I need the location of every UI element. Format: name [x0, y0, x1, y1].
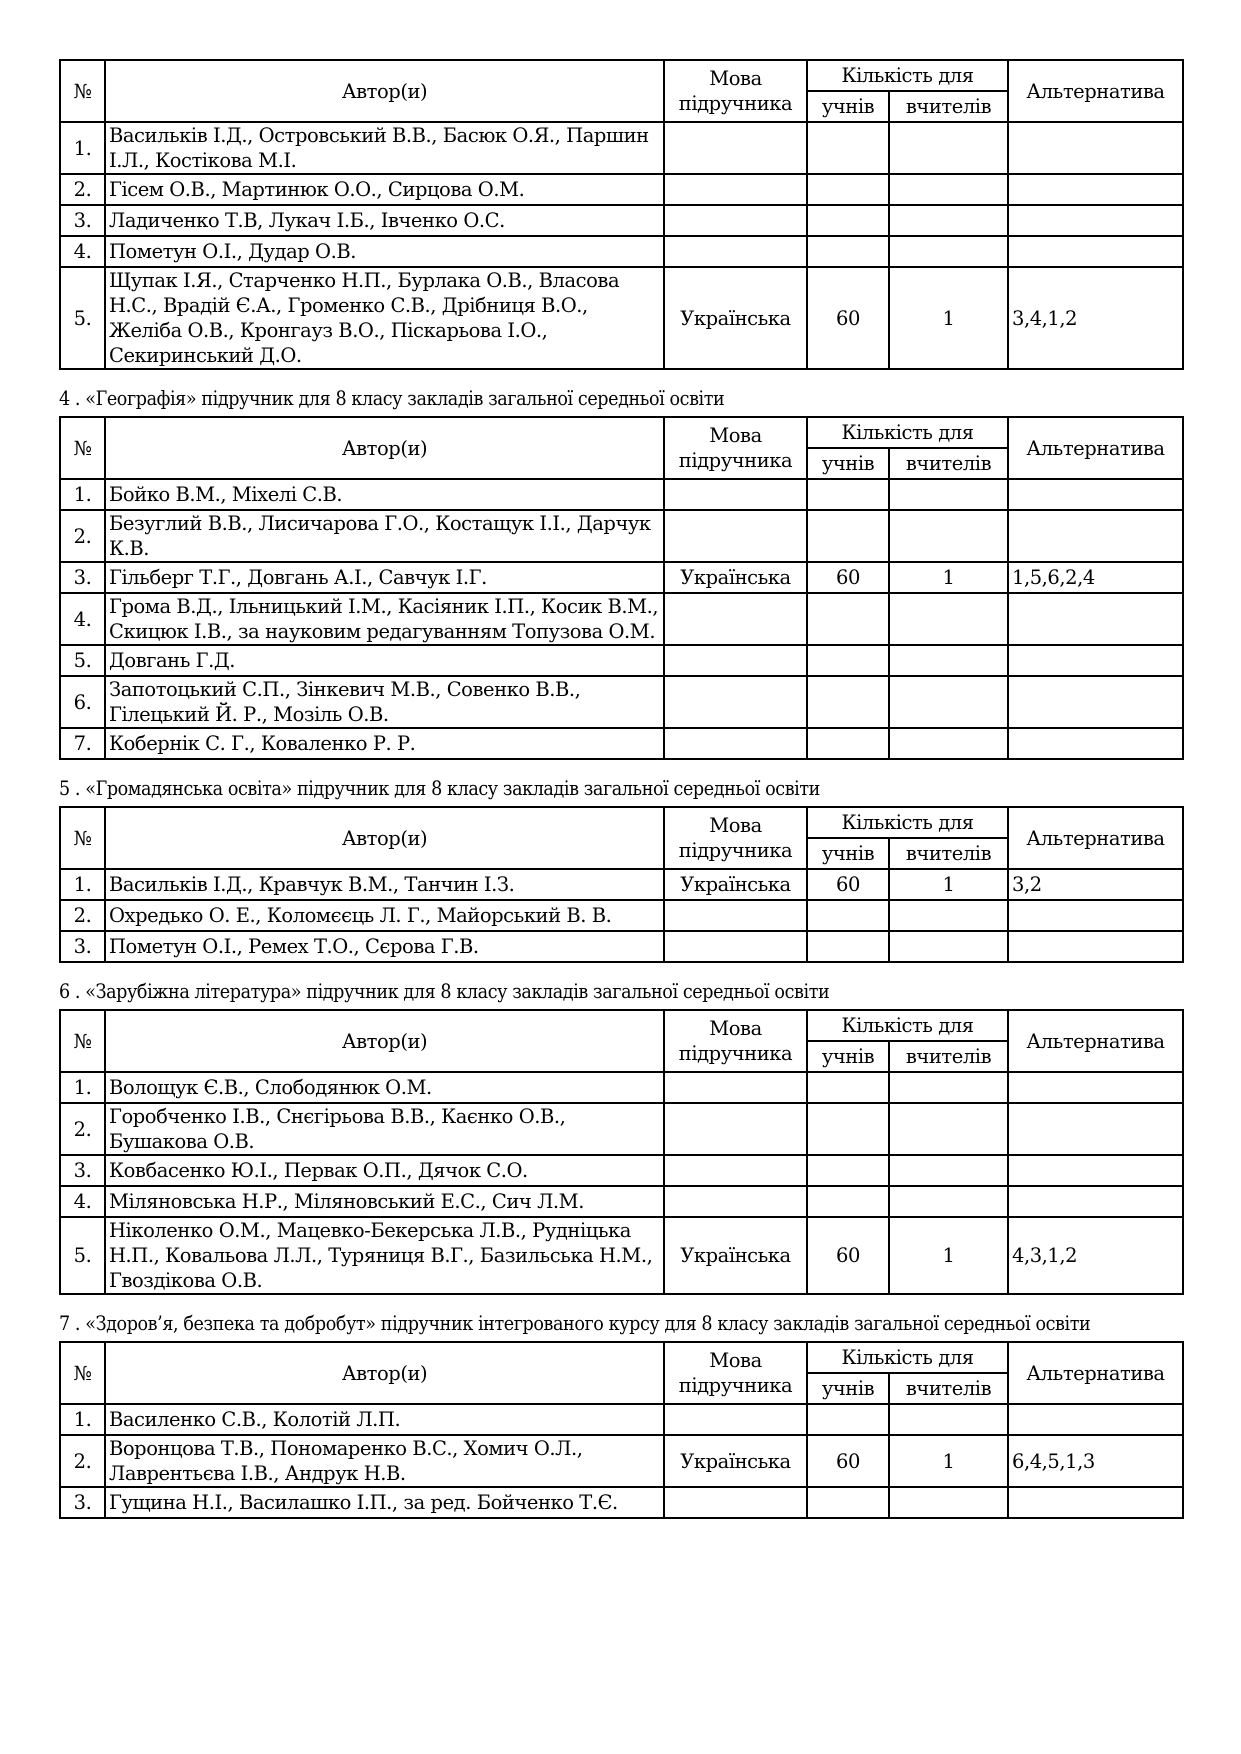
row-teachers-count [889, 174, 1008, 205]
header-language: Мовапідручника [664, 1010, 807, 1072]
row-number: 1. [60, 1404, 105, 1435]
section-title: 6 . «Зарубіжна література» підручник для… [59, 979, 1182, 1005]
row-teachers-count [889, 593, 1008, 645]
row-students-count: 60 [807, 562, 889, 593]
row-students-count [807, 645, 889, 676]
row-language [664, 593, 807, 645]
row-teachers-count [889, 205, 1008, 236]
row-alternative: 6,4,5,1,3 [1008, 1435, 1183, 1487]
row-language [664, 236, 807, 267]
row-authors: Щупак І.Я., Старченко Н.П., Бурлака О.В.… [105, 267, 664, 369]
textbook-section: 4 . «Географія» підручник для 8 класу за… [59, 386, 1182, 760]
table-row: 6. Запотоцький С.П., Зінкевич М.В., Сове… [60, 676, 1183, 728]
row-language: Українська [664, 267, 807, 369]
table-row: 2. Воронцова Т.В., Пономаренко В.С., Хом… [60, 1435, 1183, 1487]
row-alternative [1008, 900, 1183, 931]
row-students-count [807, 1186, 889, 1217]
row-students-count [807, 236, 889, 267]
header-language: Мовапідручника [664, 1342, 807, 1404]
textbook-table: № Автор(и) Мовапідручника Кількість для … [59, 416, 1184, 760]
header-num: № [60, 60, 105, 122]
row-students-count [807, 510, 889, 562]
row-students-count [807, 1103, 889, 1155]
row-teachers-count [889, 1155, 1008, 1186]
row-language [664, 174, 807, 205]
row-teachers-count [889, 1186, 1008, 1217]
row-students-count: 60 [807, 267, 889, 369]
row-alternative [1008, 174, 1183, 205]
table-row: 5. Довгань Г.Д. [60, 645, 1183, 676]
row-alternative [1008, 931, 1183, 962]
header-students: учнів [807, 838, 889, 869]
table-row: 3. Ладиченко Т.В, Лукач І.Б., Івченко О.… [60, 205, 1183, 236]
row-authors: Безуглий В.В., Лисичарова Г.О., Костащук… [105, 510, 664, 562]
row-alternative: 3,2 [1008, 869, 1183, 900]
row-students-count: 60 [807, 869, 889, 900]
header-authors: Автор(и) [105, 807, 664, 869]
row-number: 4. [60, 1186, 105, 1217]
row-language: Українська [664, 562, 807, 593]
header-language-line1: Мова [709, 67, 762, 90]
section-title: 5 . «Громадянська освіта» підручник для … [59, 776, 1182, 802]
header-num: № [60, 807, 105, 869]
row-number: 7. [60, 728, 105, 759]
header-language-line1: Мова [709, 1349, 762, 1372]
header-num: № [60, 1010, 105, 1072]
row-authors: Ніколенко О.М., Мацевко-Бекерська Л.В., … [105, 1217, 664, 1294]
row-number: 1. [60, 1072, 105, 1103]
table-row: 3. Гущина Н.І., Василашко І.П., за ред. … [60, 1487, 1183, 1518]
table-row: 7. Кобернік С. Г., Коваленко Р. Р. [60, 728, 1183, 759]
row-alternative [1008, 122, 1183, 174]
row-language [664, 1072, 807, 1103]
table-row: 3. Пометун О.І., Ремех Т.О., Сєрова Г.В. [60, 931, 1183, 962]
row-authors: Гущина Н.І., Василашко І.П., за ред. Бой… [105, 1487, 664, 1518]
row-teachers-count: 1 [889, 267, 1008, 369]
table-row: 5. Щупак І.Я., Старченко Н.П., Бурлака О… [60, 267, 1183, 369]
table-row: 1. Васильків І.Д., Островський В.В., Бас… [60, 122, 1183, 174]
row-authors: Кобернік С. Г., Коваленко Р. Р. [105, 728, 664, 759]
header-language-line1: Мова [709, 1017, 762, 1040]
header-authors: Автор(и) [105, 417, 664, 479]
header-authors: Автор(и) [105, 1342, 664, 1404]
header-alternative: Альтернатива [1008, 1010, 1183, 1072]
row-authors: Ковбасенко Ю.І., Первак О.П., Дячок С.О. [105, 1155, 664, 1186]
table-row: 2. Безуглий В.В., Лисичарова Г.О., Коста… [60, 510, 1183, 562]
header-quantity-for: Кількість для [807, 417, 1008, 448]
row-language: Українська [664, 1217, 807, 1294]
row-number: 6. [60, 676, 105, 728]
row-teachers-count [889, 1487, 1008, 1518]
row-teachers-count: 1 [889, 1435, 1008, 1487]
row-alternative [1008, 676, 1183, 728]
header-language-line2: підручника [679, 1042, 792, 1065]
row-number: 1. [60, 869, 105, 900]
row-alternative: 4,3,1,2 [1008, 1217, 1183, 1294]
header-language-line2: підручника [679, 92, 792, 115]
row-students-count: 60 [807, 1217, 889, 1294]
row-number: 2. [60, 510, 105, 562]
row-authors: Міляновська Н.Р., Міляновський Е.С., Сич… [105, 1186, 664, 1217]
header-language-line2: підручника [679, 1374, 792, 1397]
row-teachers-count [889, 236, 1008, 267]
row-number: 4. [60, 593, 105, 645]
row-number: 5. [60, 1217, 105, 1294]
table-row: 4. Міляновська Н.Р., Міляновський Е.С., … [60, 1186, 1183, 1217]
header-teachers: вчителів [889, 1373, 1008, 1404]
table-row: 3. Ковбасенко Ю.І., Первак О.П., Дячок С… [60, 1155, 1183, 1186]
row-teachers-count [889, 1072, 1008, 1103]
row-number: 1. [60, 479, 105, 510]
row-alternative [1008, 1186, 1183, 1217]
section-title: 7 . «Здоров’я, безпека та добробут» підр… [59, 1311, 1182, 1337]
textbook-section: 7 . «Здоров’я, безпека та добробут» підр… [59, 1311, 1182, 1519]
row-students-count [807, 479, 889, 510]
table-row: 1. Волощук Є.В., Слободянюк О.М. [60, 1072, 1183, 1103]
row-students-count [807, 676, 889, 728]
row-language [664, 1155, 807, 1186]
row-language [664, 900, 807, 931]
row-number: 1. [60, 122, 105, 174]
row-teachers-count [889, 931, 1008, 962]
header-alternative: Альтернатива [1008, 807, 1183, 869]
row-teachers-count [889, 676, 1008, 728]
row-language [664, 1103, 807, 1155]
row-number: 5. [60, 267, 105, 369]
row-teachers-count [889, 122, 1008, 174]
header-language-line1: Мова [709, 424, 762, 447]
row-language: Українська [664, 1435, 807, 1487]
row-number: 2. [60, 174, 105, 205]
row-teachers-count: 1 [889, 1217, 1008, 1294]
row-number: 3. [60, 931, 105, 962]
table-row: 1. Васильків І.Д., Кравчук В.М., Танчин … [60, 869, 1183, 900]
textbook-section: 6 . «Зарубіжна література» підручник для… [59, 979, 1182, 1295]
row-number: 3. [60, 205, 105, 236]
row-students-count [807, 728, 889, 759]
row-authors: Грома В.Д., Ільницький І.М., Касіяник І.… [105, 593, 664, 645]
header-quantity-for: Кількість для [807, 1010, 1008, 1041]
table-row: 5. Ніколенко О.М., Мацевко-Бекерська Л.В… [60, 1217, 1183, 1294]
header-teachers: вчителів [889, 448, 1008, 479]
row-alternative [1008, 205, 1183, 236]
row-students-count [807, 1072, 889, 1103]
table-row: 1. Бойко В.М., Міхелі С.В. [60, 479, 1183, 510]
row-teachers-count: 1 [889, 869, 1008, 900]
row-teachers-count [889, 479, 1008, 510]
row-students-count [807, 205, 889, 236]
header-students: учнів [807, 91, 889, 122]
row-teachers-count [889, 645, 1008, 676]
row-teachers-count [889, 1404, 1008, 1435]
row-authors: Довгань Г.Д. [105, 645, 664, 676]
row-authors: Волощук Є.В., Слободянюк О.М. [105, 1072, 664, 1103]
section-title: 4 . «Географія» підручник для 8 класу за… [59, 386, 1182, 412]
header-students: учнів [807, 448, 889, 479]
row-students-count [807, 174, 889, 205]
header-num: № [60, 417, 105, 479]
row-students-count [807, 931, 889, 962]
row-alternative [1008, 1487, 1183, 1518]
header-teachers: вчителів [889, 838, 1008, 869]
row-alternative [1008, 1072, 1183, 1103]
textbook-section: № Автор(и) Мовапідручника Кількість для … [59, 59, 1182, 370]
row-authors: Василенко С.В., Колотій Л.П. [105, 1404, 664, 1435]
row-teachers-count [889, 510, 1008, 562]
table-row: 4. Грома В.Д., Ільницький І.М., Касіяник… [60, 593, 1183, 645]
row-students-count [807, 122, 889, 174]
row-number: 3. [60, 1487, 105, 1518]
textbook-table: № Автор(и) Мовапідручника Кількість для … [59, 1009, 1184, 1295]
row-language: Українська [664, 869, 807, 900]
header-quantity-for: Кількість для [807, 60, 1008, 91]
header-language-line2: підручника [679, 449, 792, 472]
row-number: 4. [60, 236, 105, 267]
row-alternative: 3,4,1,2 [1008, 267, 1183, 369]
document-page: № Автор(и) Мовапідручника Кількість для … [59, 59, 1182, 1519]
row-teachers-count [889, 1103, 1008, 1155]
table-row: 1. Василенко С.В., Колотій Л.П. [60, 1404, 1183, 1435]
row-authors: Пометун О.І., Ремех Т.О., Сєрова Г.В. [105, 931, 664, 962]
header-authors: Автор(и) [105, 1010, 664, 1072]
table-row: 3. Гільберг Т.Г., Довгань А.І., Савчук І… [60, 562, 1183, 593]
row-language [664, 645, 807, 676]
header-quantity-for: Кількість для [807, 1342, 1008, 1373]
header-num: № [60, 1342, 105, 1404]
row-language [664, 479, 807, 510]
header-students: учнів [807, 1373, 889, 1404]
row-alternative [1008, 1103, 1183, 1155]
row-authors: Васильків І.Д., Кравчук В.М., Танчин І.З… [105, 869, 664, 900]
header-alternative: Альтернатива [1008, 1342, 1183, 1404]
header-language: Мовапідручника [664, 417, 807, 479]
header-students: учнів [807, 1041, 889, 1072]
row-authors: Охредько О. Е., Коломєєць Л. Г., Майорсь… [105, 900, 664, 931]
table-row: 2. Охредько О. Е., Коломєєць Л. Г., Майо… [60, 900, 1183, 931]
table-row: 2. Горобченко І.В., Снєгірьова В.В., Кає… [60, 1103, 1183, 1155]
row-students-count [807, 1155, 889, 1186]
textbook-table: № Автор(и) Мовапідручника Кількість для … [59, 1341, 1184, 1519]
row-authors: Гільберг Т.Г., Довгань А.І., Савчук І.Г. [105, 562, 664, 593]
row-alternative [1008, 728, 1183, 759]
row-language [664, 122, 807, 174]
row-alternative [1008, 236, 1183, 267]
header-teachers: вчителів [889, 91, 1008, 122]
textbook-table: № Автор(и) Мовапідручника Кількість для … [59, 806, 1184, 963]
row-language [664, 931, 807, 962]
row-number: 3. [60, 562, 105, 593]
row-teachers-count: 1 [889, 562, 1008, 593]
row-teachers-count [889, 900, 1008, 931]
row-authors: Гісем О.В., Мартинюк О.О., Сирцова О.М. [105, 174, 664, 205]
row-language [664, 728, 807, 759]
row-language [664, 676, 807, 728]
header-authors: Автор(и) [105, 60, 664, 122]
row-authors: Бойко В.М., Міхелі С.В. [105, 479, 664, 510]
row-students-count [807, 593, 889, 645]
row-language [664, 1404, 807, 1435]
row-alternative: 1,5,6,2,4 [1008, 562, 1183, 593]
row-students-count [807, 1404, 889, 1435]
row-authors: Воронцова Т.В., Пономаренко В.С., Хомич … [105, 1435, 664, 1487]
header-language: Мовапідручника [664, 807, 807, 869]
row-language [664, 1186, 807, 1217]
row-alternative [1008, 479, 1183, 510]
row-students-count [807, 900, 889, 931]
row-authors: Ладиченко Т.В, Лукач І.Б., Івченко О.С. [105, 205, 664, 236]
row-alternative [1008, 1404, 1183, 1435]
row-authors: Горобченко І.В., Снєгірьова В.В., Каєнко… [105, 1103, 664, 1155]
row-language [664, 205, 807, 236]
row-teachers-count [889, 728, 1008, 759]
row-alternative [1008, 510, 1183, 562]
row-number: 5. [60, 645, 105, 676]
row-students-count: 60 [807, 1435, 889, 1487]
row-alternative [1008, 593, 1183, 645]
header-teachers: вчителів [889, 1041, 1008, 1072]
row-alternative [1008, 1155, 1183, 1186]
row-authors: Васильків І.Д., Островський В.В., Басюк … [105, 122, 664, 174]
table-row: 2. Гісем О.В., Мартинюк О.О., Сирцова О.… [60, 174, 1183, 205]
header-language-line1: Мова [709, 814, 762, 837]
row-language [664, 510, 807, 562]
header-language-line2: підручника [679, 839, 792, 862]
row-number: 2. [60, 1103, 105, 1155]
row-number: 2. [60, 1435, 105, 1487]
row-number: 2. [60, 900, 105, 931]
row-number: 3. [60, 1155, 105, 1186]
table-row: 4. Пометун О.І., Дудар О.В. [60, 236, 1183, 267]
row-authors: Пометун О.І., Дудар О.В. [105, 236, 664, 267]
header-alternative: Альтернатива [1008, 417, 1183, 479]
header-quantity-for: Кількість для [807, 807, 1008, 838]
row-students-count [807, 1487, 889, 1518]
textbook-table: № Автор(и) Мовапідручника Кількість для … [59, 59, 1184, 370]
header-alternative: Альтернатива [1008, 60, 1183, 122]
textbook-section: 5 . «Громадянська освіта» підручник для … [59, 776, 1182, 963]
header-language: Мовапідручника [664, 60, 807, 122]
row-language [664, 1487, 807, 1518]
row-authors: Запотоцький С.П., Зінкевич М.В., Совенко… [105, 676, 664, 728]
row-alternative [1008, 645, 1183, 676]
